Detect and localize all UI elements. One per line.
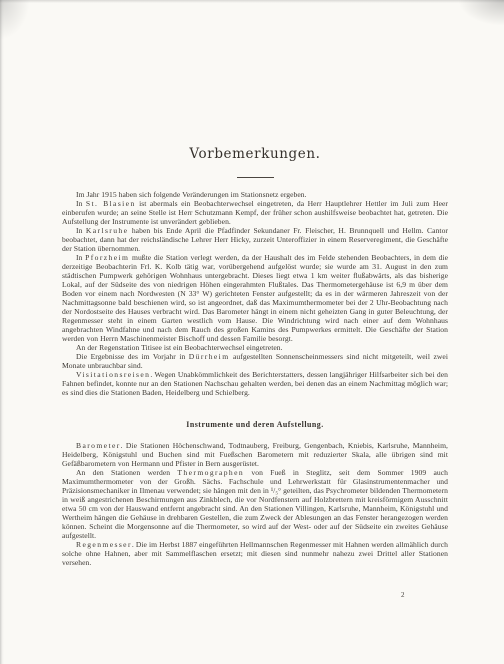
text-run: mußte die Station verlegt werden, da der… bbox=[62, 253, 448, 343]
scan-corner-top-right bbox=[458, 0, 504, 26]
emphasized-term: Thermographen bbox=[177, 468, 244, 477]
instruments-section: Barometer. Die Stationen Höchenschwand, … bbox=[62, 441, 448, 567]
title-divider bbox=[237, 177, 274, 178]
paragraph: An den Stationen werden Thermographen vo… bbox=[62, 468, 448, 540]
emphasized-term: St. Blasien bbox=[86, 199, 136, 208]
text-run: In bbox=[76, 253, 85, 262]
paragraph: Barometer. Die Stationen Höchenschwand, … bbox=[62, 441, 448, 468]
text-run: . Die Stationen Höchenschwand, Todtnaube… bbox=[62, 441, 448, 468]
scan-edge-top bbox=[0, 0, 504, 3]
paragraph: In Pforzheim mußte die Station verlegt w… bbox=[62, 253, 448, 343]
text-run: An der Regenstation Titisee ist ein Beob… bbox=[76, 343, 283, 352]
scan-corner-top-left bbox=[0, 0, 30, 40]
page-title: Vorbemerkungen. bbox=[62, 146, 448, 162]
paragraph: Visitationsreisen. Wegen Unabkömmlichkei… bbox=[62, 370, 448, 397]
emphasized-term: Regenmesser bbox=[76, 540, 132, 549]
paragraph: In Karlsruhe haben bis Ende April die Pf… bbox=[62, 226, 448, 253]
emphasized-term: Dürrheim bbox=[189, 352, 230, 361]
section-heading: Instrumente und deren Aufstellung. bbox=[62, 420, 448, 429]
emphasized-term: Karlsruhe bbox=[86, 226, 129, 235]
text-run: von Fueß in Steglitz, seit dem Sommer 19… bbox=[62, 468, 448, 540]
paragraph: Regenmesser. Die im Herbst 1887 eingefüh… bbox=[62, 540, 448, 567]
paragraph: An der Regenstation Titisee ist ein Beob… bbox=[62, 343, 448, 352]
scan-edge-left bbox=[0, 0, 4, 664]
emphasized-term: Barometer bbox=[76, 441, 121, 450]
scanned-document-page: Vorbemerkungen. Im Jahr 1915 haben sich … bbox=[0, 0, 504, 664]
signature-mark: 2 bbox=[401, 591, 405, 599]
text-run: In bbox=[76, 199, 86, 208]
paragraph: Die Ergebnisse des im Vorjahr in Dürrhei… bbox=[62, 352, 448, 370]
intro-section: Im Jahr 1915 haben sich folgende Verände… bbox=[62, 190, 448, 397]
paragraph: In St. Blasien ist abermals ein Beobacht… bbox=[62, 199, 448, 226]
emphasized-term: Visitationsreisen bbox=[76, 370, 150, 379]
page-content: Vorbemerkungen. Im Jahr 1915 haben sich … bbox=[62, 146, 448, 567]
paragraph: Im Jahr 1915 haben sich folgende Verände… bbox=[62, 190, 448, 199]
text-run: Im Jahr 1915 haben sich folgende Verände… bbox=[76, 190, 307, 199]
text-run: In bbox=[76, 226, 86, 235]
emphasized-term: Pforzheim bbox=[85, 253, 129, 262]
text-run: Die Ergebnisse des im Vorjahr in bbox=[76, 352, 189, 361]
text-run: An den Stationen werden bbox=[76, 468, 177, 477]
